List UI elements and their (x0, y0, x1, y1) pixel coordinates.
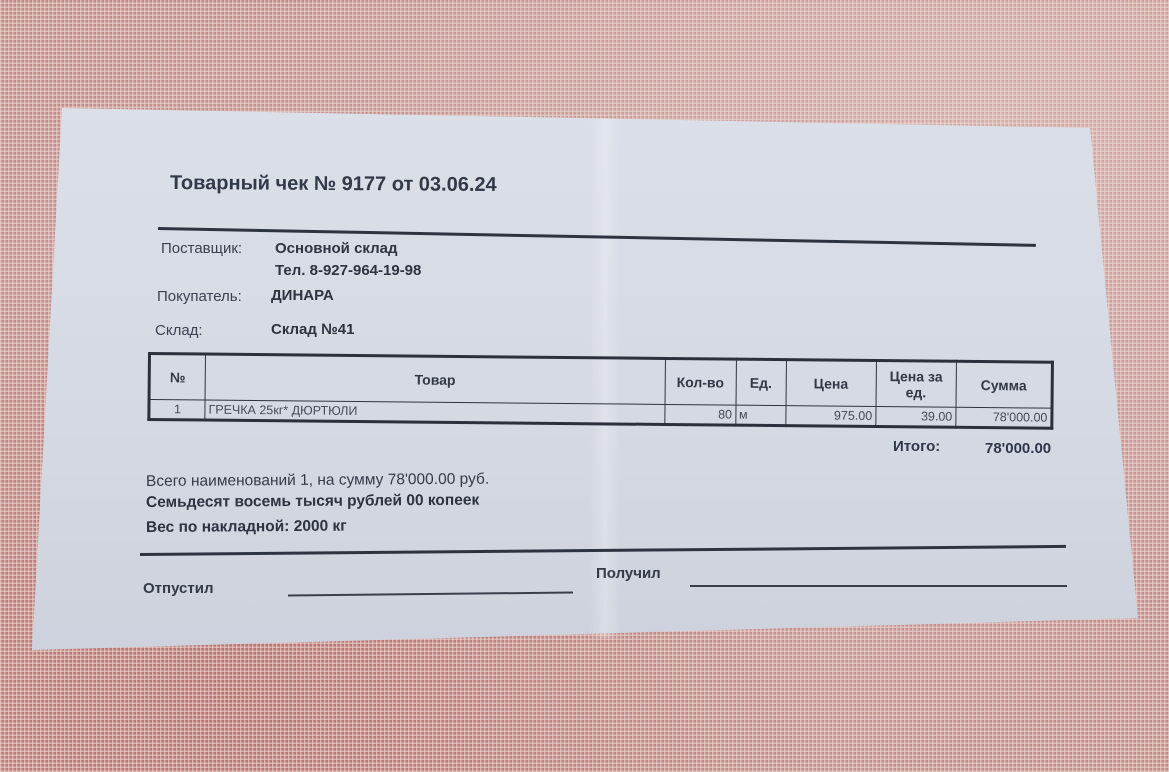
buyer-label: Покупатель: (157, 288, 242, 305)
col-header-sum: Сумма (956, 361, 1053, 408)
warehouse-name: Склад №41 (271, 321, 355, 338)
received-label: Получил (596, 565, 661, 582)
row-item: ГРЕЧКА 25кг* ДЮРТЮЛИ (205, 400, 665, 424)
buyer-name: ДИНАРА (271, 287, 334, 304)
summary-line: Всего наименований 1, на сумму 78'000.00… (146, 471, 489, 491)
warehouse-label: Склад: (155, 322, 203, 339)
col-header-qty: Кол-во (665, 358, 737, 405)
total-value: 78'000.00 (985, 440, 1051, 457)
receipt-title: Товарный чек № 9177 от 03.06.24 (170, 172, 497, 197)
released-label: Отпустил (143, 580, 213, 597)
row-number: 1 (149, 400, 205, 421)
col-header-unit-price: Цена за ед. (876, 360, 957, 407)
col-header-price: Цена (786, 360, 877, 407)
amount-in-words: Семьдесят восемь тысяч рублей 00 копеек (146, 492, 479, 512)
row-qty: 80 (664, 404, 735, 425)
weight-line: Вес по накладной: 2000 кг (146, 518, 347, 537)
total-label: Итого: (893, 438, 940, 455)
row-price: 975.00 (785, 406, 875, 427)
col-header-item: Товар (205, 354, 665, 404)
row-unit-price: 39.00 (876, 406, 956, 427)
row-unit: м (735, 405, 785, 425)
supplier-phone: Тел. 8-927-964-19-98 (275, 262, 421, 279)
col-header-number: № (149, 354, 205, 401)
sales-receipt: Товарный чек № 9177 от 03.06.24 Поставщи… (0, 0, 1169, 772)
footer-divider (140, 545, 1066, 556)
row-sum: 78'000.00 (956, 407, 1052, 428)
received-signature-line[interactable] (690, 585, 1067, 587)
supplier-name: Основной склад (275, 240, 398, 257)
released-signature-line[interactable] (288, 592, 573, 596)
col-header-unit: Ед. (736, 359, 786, 405)
items-table: № Товар Кол-во Ед. Цена Цена за ед. Сумм… (147, 352, 1054, 430)
supplier-label: Поставщик: (161, 240, 242, 257)
